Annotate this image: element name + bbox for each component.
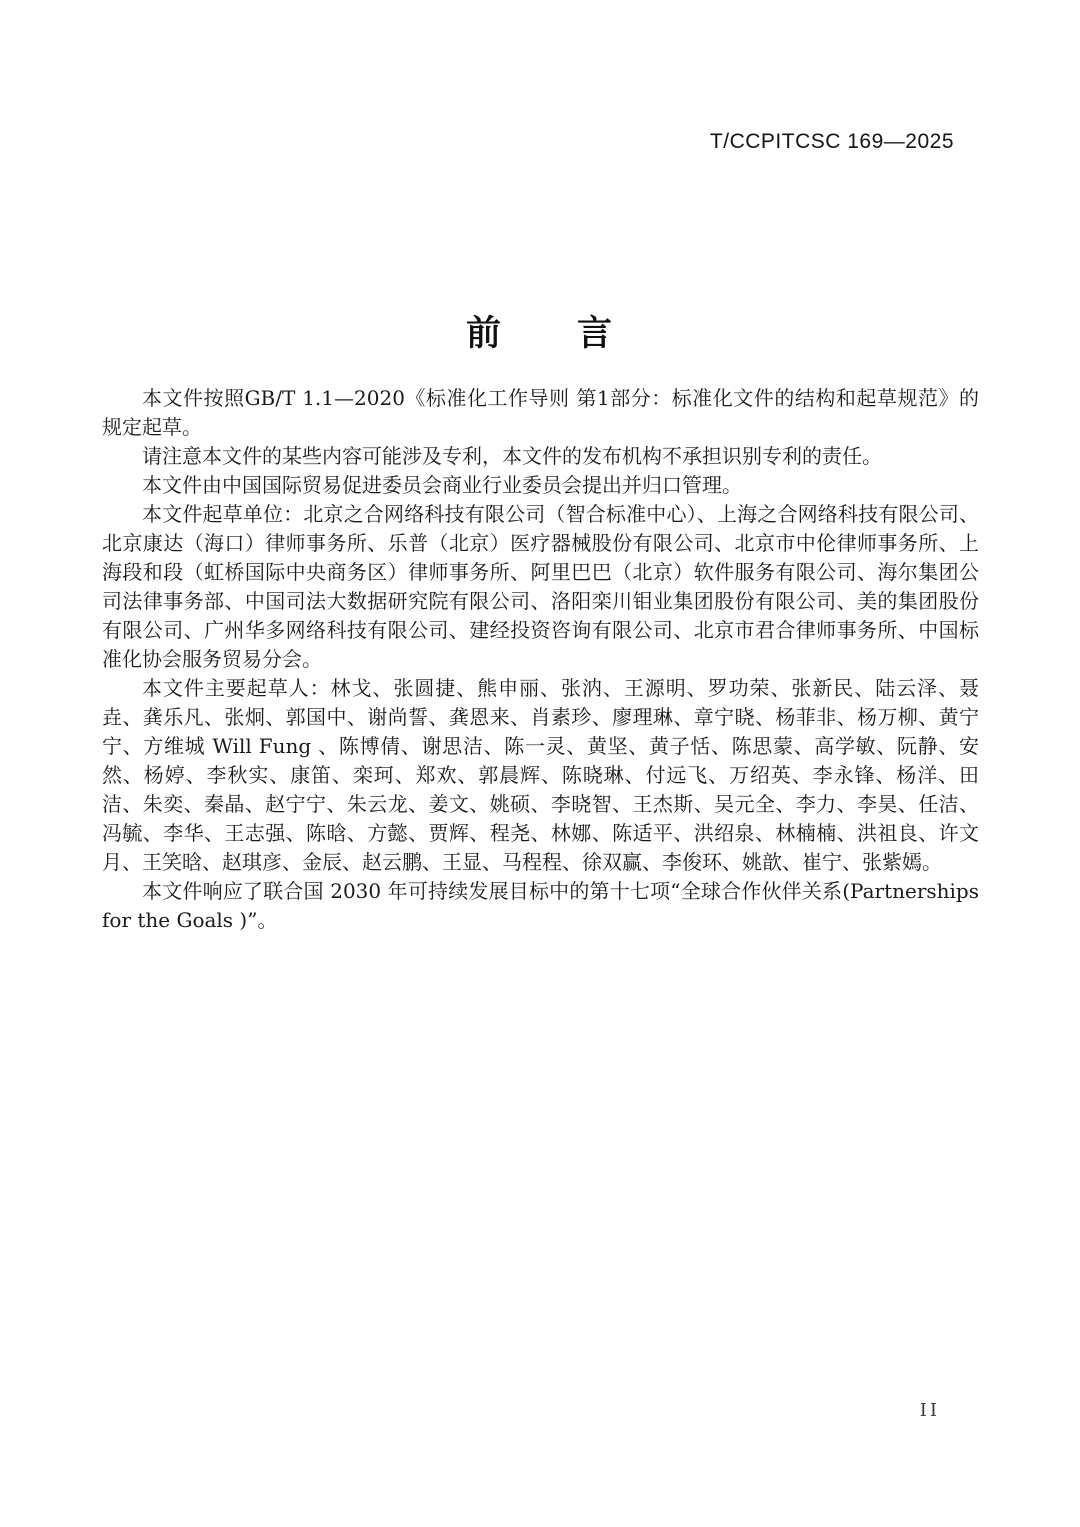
paragraph-sdg-statement: 本文件响应了联合国 2030 年可持续发展目标中的第十七项“全球合作伙伴关系(P… (102, 877, 979, 935)
page-number: II (920, 1400, 940, 1421)
paragraph-drafting-organizations: 本文件起草单位：北京之合网络科技有限公司（智合标准中心）、上海之合网络科技有限公… (102, 500, 979, 674)
page-title: 前 言 (0, 306, 1080, 356)
document-page: T/CCPITCSC 169—2025 前 言 本文件按照GB/T 1.1—20… (0, 0, 1080, 1527)
paragraph-drafting-basis: 本文件按照GB/T 1.1—2020《标准化工作导则 第1部分：标准化文件的结构… (102, 384, 979, 442)
paragraph-patent-notice: 请注意本文件的某些内容可能涉及专利，本文件的发布机构不承担识别专利的责任。 (102, 442, 979, 471)
foreword-body: 本文件按照GB/T 1.1—2020《标准化工作导则 第1部分：标准化文件的结构… (102, 384, 979, 935)
paragraph-issuing-body: 本文件由中国国际贸易促进委员会商业行业委员会提出并归口管理。 (102, 471, 979, 500)
document-number: T/CCPITCSC 169—2025 (710, 130, 954, 154)
paragraph-main-drafters: 本文件主要起草人：林戈、张圆捷、熊申丽、张汭、王源明、罗功荣、张新民、陆云泽、聂… (102, 674, 979, 877)
